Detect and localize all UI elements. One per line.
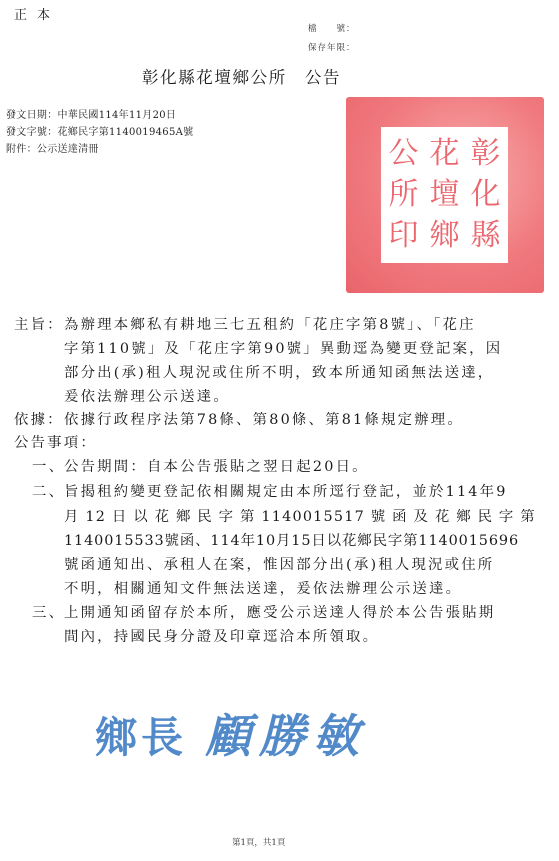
seal-char: 所 [389,175,419,215]
subject-label: 主旨： [14,313,64,334]
item-line: 不明，相關通知文件無法送達，爰依法辦理公示送達。 [64,577,462,598]
seal-char: 公 [389,134,419,174]
item-line: 旨揭租約變更登記依相關規定由本所逕行登記，並於114年9 [64,480,508,501]
item-line: 號函通知出、承租人在案，惟因部分出(承)租人現況或住所 [64,553,494,574]
official-seal-icon: 彰 化 縣 花 壇 鄉 公 所 印 [346,97,544,293]
subject-line: 爰依法辦理公示送達。 [64,385,230,406]
item-marker: 三、 [32,601,65,622]
seal-char: 彰 [471,134,501,174]
page-title: 彰化縣花壇鄉公所 公告 [142,64,341,88]
seal-char: 縣 [471,216,501,256]
announcement-label: 公告事項： [14,431,97,452]
subject-line: 字第110號」及「花庄字第90號」異動逕為變更登記案，因 [64,337,502,358]
item-line: 間內，持國民身分證及印章逕洽本所領取。 [64,625,379,646]
signature-name: 顧勝敏 [205,709,367,763]
seal-inner: 彰 化 縣 花 壇 鄉 公 所 印 [381,127,508,263]
item-marker: 一、 [32,455,65,476]
item-line: 公告期間：自本公告張貼之翌日起20日。 [64,455,369,476]
seal-column-2: 花 壇 鄉 [430,133,460,257]
seal-column-3: 公 所 印 [389,133,419,257]
item-marker: 二、 [32,480,65,501]
seal-column-1: 彰 化 縣 [471,133,501,257]
signature-stamp: 鄉長顧勝敏 [95,700,367,766]
seal-char: 花 [430,134,460,174]
item-line: 1140015533號函、114年10月15日以花鄉民字第1140015696 [64,529,519,550]
subject-line: 為辦理本鄉私有耕地三七五租約「花庄字第8號」、「花庄 [64,313,476,334]
subject-line: 部分出(承)租人現況或住所不明，致本所通知函無法送達， [64,361,494,382]
seal-char: 化 [471,175,501,215]
item-line: 月 12 日 以 花 鄉 民 字 第 1140015517 號 函 及 花 鄉 … [64,505,536,526]
retention-label: 保存年限： [308,41,356,53]
attachment: 附件：公示送達清冊 [6,140,99,155]
signature-title: 鄉長 [95,713,187,762]
issue-number: 發文字號：花鄉民字第1140019465A號 [6,123,193,138]
seal-char: 鄉 [430,216,460,256]
item-line: 上開通知函留存於本所，應受公示送達人得於本公告張貼期 [64,601,495,622]
copy-mark: 正本 [14,4,60,23]
seal-char: 壇 [430,175,460,215]
seal-char: 印 [389,216,419,256]
basis-text: 依據行政程序法第78條、第80條、第81條規定辦理。 [64,408,464,429]
basis-label: 依據： [14,408,64,429]
issue-date: 發文日期：中華民國114年11月20日 [6,106,176,121]
file-number-label: 檔 號： [308,22,356,34]
page-number: 第1頁，共1頁 [232,836,285,848]
